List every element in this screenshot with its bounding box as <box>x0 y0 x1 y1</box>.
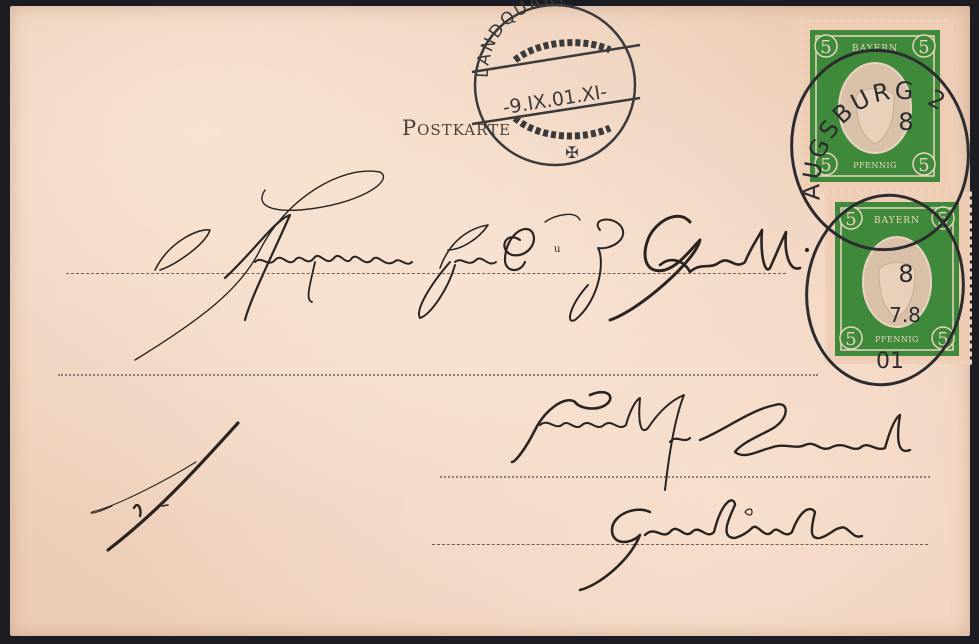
address-line-4 <box>432 544 928 545</box>
address-line-2 <box>58 374 818 376</box>
postcard-title: Postkarte <box>402 116 511 140</box>
address-line-1 <box>66 273 786 274</box>
address-line-3 <box>440 476 930 478</box>
postcard <box>10 6 970 636</box>
